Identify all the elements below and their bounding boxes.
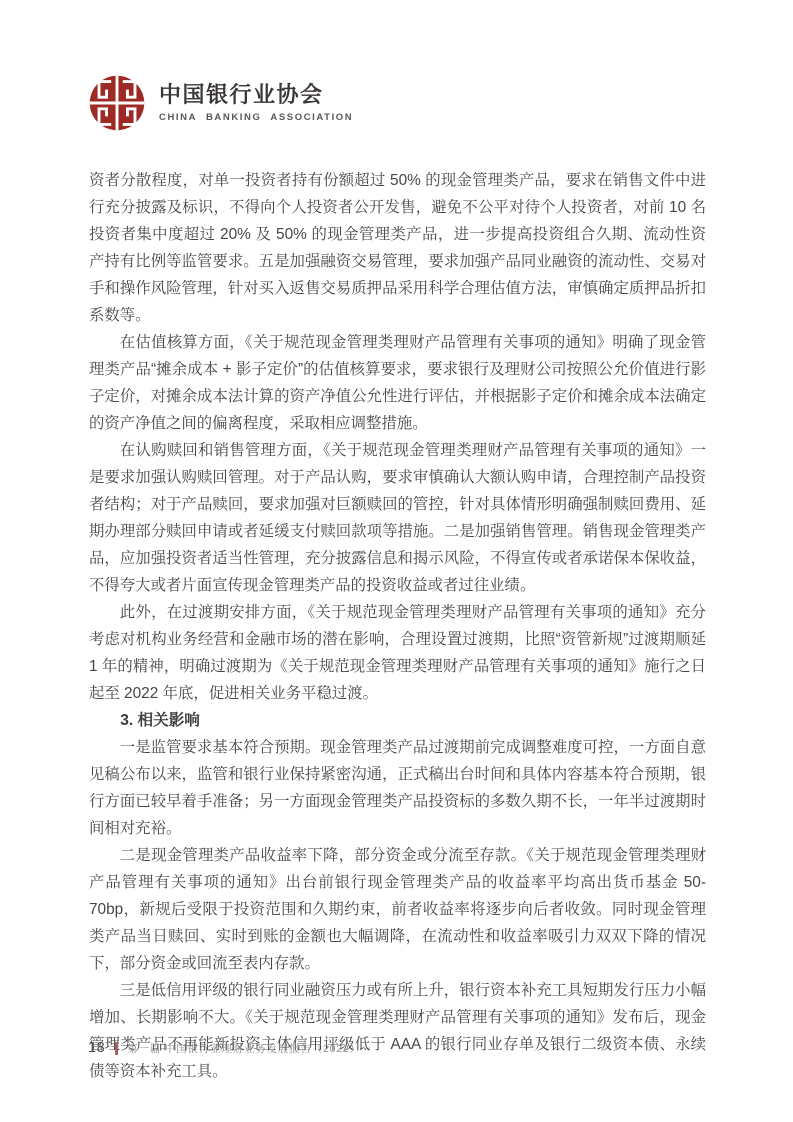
footer-report-title: 第一篇 中国银行业理财业务发展报告（2022） (127, 1041, 361, 1056)
body-paragraph: 在估值核算方面，《关于规范现金管理类理财产品管理有关事项的通知》明确了现金管理类… (89, 329, 706, 437)
org-name-zh: 中国银行业协会 (159, 83, 353, 107)
page-footer: 18 第一篇 中国银行业理财业务发展报告（2022） (88, 1040, 361, 1056)
section-heading: 3. 相关影响 (89, 707, 706, 734)
body-content: 资者分散程度，对单一投资者持有份额超过 50% 的现金管理类产品，要求在销售文件… (89, 167, 706, 1085)
body-paragraph: 二是现金管理类产品收益率下降，部分资金或分流至存款。《关于规范现金管理类理财产品… (89, 842, 706, 977)
body-paragraph: 一是监管要求基本符合预期。现金管理类产品过渡期前完成调整难度可控，一方面自意见稿… (89, 734, 706, 842)
cba-logo-icon (88, 74, 146, 132)
org-name-en: CHINA BANKING ASSOCIATION (159, 112, 353, 123)
document-page: 中国银行业协会 CHINA BANKING ASSOCIATION 资者分散程度… (0, 0, 793, 1122)
body-paragraph: 在认购赎回和销售管理方面，《关于规范现金管理类理财产品管理有关事项的通知》一是要… (89, 437, 706, 599)
page-header: 中国银行业协会 CHINA BANKING ASSOCIATION (88, 74, 353, 132)
org-name-block: 中国银行业协会 CHINA BANKING ASSOCIATION (159, 83, 353, 123)
page-number: 18 (88, 1040, 105, 1056)
body-paragraph: 此外，在过渡期安排方面，《关于规范现金管理类理财产品管理有关事项的通知》充分考虑… (89, 599, 706, 707)
footer-divider (115, 1042, 118, 1055)
body-paragraph: 三是低信用评级的银行同业融资压力或有所上升，银行资本补充工具短期发行压力小幅增加… (89, 977, 706, 1085)
body-paragraph: 资者分散程度，对单一投资者持有份额超过 50% 的现金管理类产品，要求在销售文件… (89, 167, 706, 329)
